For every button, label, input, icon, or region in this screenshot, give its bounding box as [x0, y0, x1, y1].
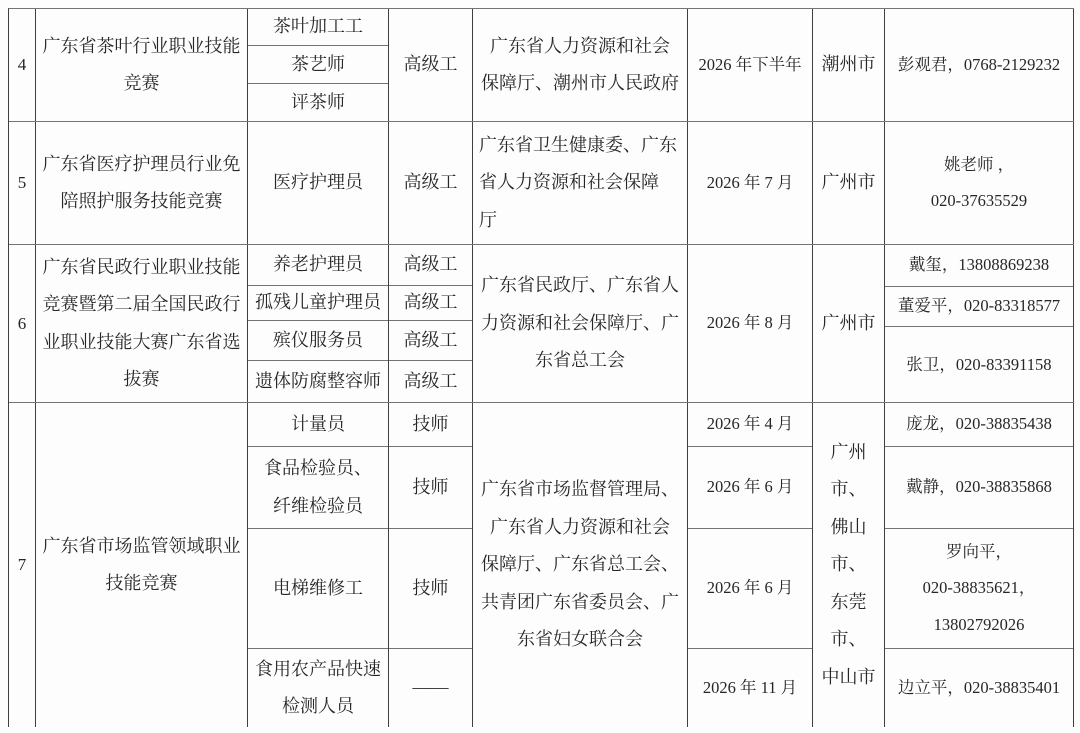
- column-skill-level: 高级工 高级工 高级工 高级工: [389, 245, 473, 402]
- table-row-7: 7 广东省市场监管领域职业 技能竞赛 计量员 食品检验员、 纤维检验员 电梯维修…: [9, 403, 1074, 727]
- skill-level: 高级工: [389, 321, 472, 361]
- organizer: 广东省人力资源和社会 保障厅、潮州市人民政府: [473, 9, 687, 121]
- column-skill-level: 高级工: [389, 9, 473, 121]
- contact: 戴玺，13808869238: [885, 245, 1073, 287]
- occupation: 计量员: [248, 403, 388, 447]
- column-organizer: 广东省卫生健康委、广东 省人力资源和社会保障 厅: [473, 122, 688, 244]
- occupation: 电梯维修工: [248, 529, 388, 649]
- column-row-number: 5: [9, 122, 36, 244]
- skill-level: 技师: [389, 529, 472, 649]
- occupation: 养老护理员: [248, 245, 388, 286]
- occupation: 食品检验员、 纤维检验员: [248, 447, 388, 529]
- column-host-city: 广州市: [813, 122, 885, 244]
- contact: 张卫，020-83391158: [885, 327, 1073, 403]
- column-row-number: 6: [9, 245, 36, 402]
- competition-name: 广东省茶叶行业职业技能 竞赛: [36, 9, 247, 121]
- contact: 姚老师 ， 020-37635529: [885, 122, 1073, 244]
- contact: 庞龙，020-38835438: [885, 403, 1073, 447]
- column-competition-name: 广东省茶叶行业职业技能 竞赛: [36, 9, 248, 121]
- table-row-4: 4 广东省茶叶行业职业技能 竞赛 茶叶加工工 茶艺师 评茶师 高级工 广东省人力…: [9, 9, 1074, 122]
- host-city: 潮州市: [813, 9, 884, 121]
- column-contact: 庞龙，020-38835438 戴静，020-38835868 罗向平， 020…: [885, 403, 1074, 727]
- column-occupation: 养老护理员 孤残儿童护理员 殡仪服务员 遗体防腐整容师: [248, 245, 389, 402]
- skill-level: 高级工: [389, 286, 472, 321]
- occupation: 茶艺师: [248, 46, 388, 84]
- contact: 罗向平， 020-38835621， 13802792026: [885, 529, 1073, 649]
- column-occupation: 医疗护理员: [248, 122, 389, 244]
- competition-name: 广东省民政行业职业技能 竞赛暨第二届全国民政行 业职业技能大赛广东省选 拔赛: [36, 245, 247, 402]
- column-occupation: 茶叶加工工 茶艺师 评茶师: [248, 9, 389, 121]
- column-contact: 姚老师 ， 020-37635529: [885, 122, 1074, 244]
- host-city: 广州市: [813, 122, 884, 244]
- occupation: 食用农产品快速 检测人员: [248, 649, 388, 727]
- skill-level: 高级工: [389, 122, 472, 244]
- column-skill-level: 技师 技师 技师 ——: [389, 403, 473, 727]
- competition-date: 2026 年 11 月: [688, 649, 812, 727]
- competition-date: 2026 年 7 月: [688, 122, 812, 244]
- occupation: 评茶师: [248, 84, 388, 122]
- column-row-number: 4: [9, 9, 36, 121]
- competition-date: 2026 年 6 月: [688, 529, 812, 649]
- host-city: 广州市: [813, 245, 884, 402]
- competition-name: 广东省市场监管领域职业 技能竞赛: [36, 403, 247, 727]
- occupation: 殡仪服务员: [248, 321, 388, 361]
- row-number: 4: [9, 9, 35, 121]
- skill-level: 高级工: [389, 245, 472, 286]
- skill-level: 技师: [389, 447, 472, 529]
- column-competition-name: 广东省医疗护理员行业免 陪照护服务技能竞赛: [36, 122, 248, 244]
- column-organizer: 广东省民政厅、广东省人 力资源和社会保障厅、广 东省总工会: [473, 245, 688, 402]
- column-organizer: 广东省人力资源和社会 保障厅、潮州市人民政府: [473, 9, 688, 121]
- competition-schedule-table: 4 广东省茶叶行业职业技能 竞赛 茶叶加工工 茶艺师 评茶师 高级工 广东省人力…: [8, 8, 1074, 727]
- contact: 彭观君，0768-2129232: [885, 9, 1073, 121]
- skill-level: 高级工: [389, 9, 472, 121]
- skill-level: 高级工: [389, 361, 472, 403]
- organizer: 广东省市场监督管理局、 广东省人力资源和社会 保障厅、广东省总工会、 共青团广东…: [473, 403, 687, 727]
- competition-date: 2026 年下半年: [688, 9, 812, 121]
- skill-level: 技师: [389, 403, 472, 447]
- column-contact: 戴玺，13808869238 董爱平，020-83318577 张卫，020-8…: [885, 245, 1074, 402]
- column-competition-name: 广东省市场监管领域职业 技能竞赛: [36, 403, 248, 727]
- column-date: 2026 年 4 月 2026 年 6 月 2026 年 6 月 2026 年 …: [688, 403, 813, 727]
- organizer: 广东省民政厅、广东省人 力资源和社会保障厅、广 东省总工会: [473, 245, 687, 402]
- occupation: 茶叶加工工: [248, 9, 388, 46]
- contact: 董爱平，020-83318577: [885, 287, 1073, 327]
- column-contact: 彭观君，0768-2129232: [885, 9, 1074, 121]
- row-number: 5: [9, 122, 35, 244]
- column-date: 2026 年下半年: [688, 9, 813, 121]
- column-host-city: 广州市、 佛山市、 东莞市、 中山市: [813, 403, 885, 727]
- competition-date: 2026 年 4 月: [688, 403, 812, 447]
- competition-date: 2026 年 6 月: [688, 447, 812, 529]
- contact: 戴静，020-38835868: [885, 447, 1073, 529]
- column-skill-level: 高级工: [389, 122, 473, 244]
- organizer: 广东省卫生健康委、广东 省人力资源和社会保障 厅: [473, 122, 687, 244]
- competition-name: 广东省医疗护理员行业免 陪照护服务技能竞赛: [36, 122, 247, 244]
- row-number: 7: [9, 403, 35, 727]
- column-host-city: 广州市: [813, 245, 885, 402]
- column-occupation: 计量员 食品检验员、 纤维检验员 电梯维修工 食用农产品快速 检测人员: [248, 403, 389, 727]
- occupation: 孤残儿童护理员: [248, 286, 388, 321]
- column-date: 2026 年 7 月: [688, 122, 813, 244]
- skill-level-dash: ——: [389, 649, 472, 727]
- table-row-5: 5 广东省医疗护理员行业免 陪照护服务技能竞赛 医疗护理员 高级工 广东省卫生健…: [9, 122, 1074, 245]
- occupation: 遗体防腐整容师: [248, 361, 388, 403]
- host-city: 广州市、 佛山市、 东莞市、 中山市: [813, 403, 884, 727]
- row-number: 6: [9, 245, 35, 402]
- column-row-number: 7: [9, 403, 36, 727]
- column-organizer: 广东省市场监督管理局、 广东省人力资源和社会 保障厅、广东省总工会、 共青团广东…: [473, 403, 688, 727]
- competition-date: 2026 年 8 月: [688, 245, 812, 402]
- column-competition-name: 广东省民政行业职业技能 竞赛暨第二届全国民政行 业职业技能大赛广东省选 拔赛: [36, 245, 248, 402]
- contact: 边立平，020-38835401: [885, 649, 1073, 727]
- table-row-6: 6 广东省民政行业职业技能 竞赛暨第二届全国民政行 业职业技能大赛广东省选 拔赛…: [9, 245, 1074, 403]
- column-date: 2026 年 8 月: [688, 245, 813, 402]
- occupation: 医疗护理员: [248, 122, 388, 244]
- column-host-city: 潮州市: [813, 9, 885, 121]
